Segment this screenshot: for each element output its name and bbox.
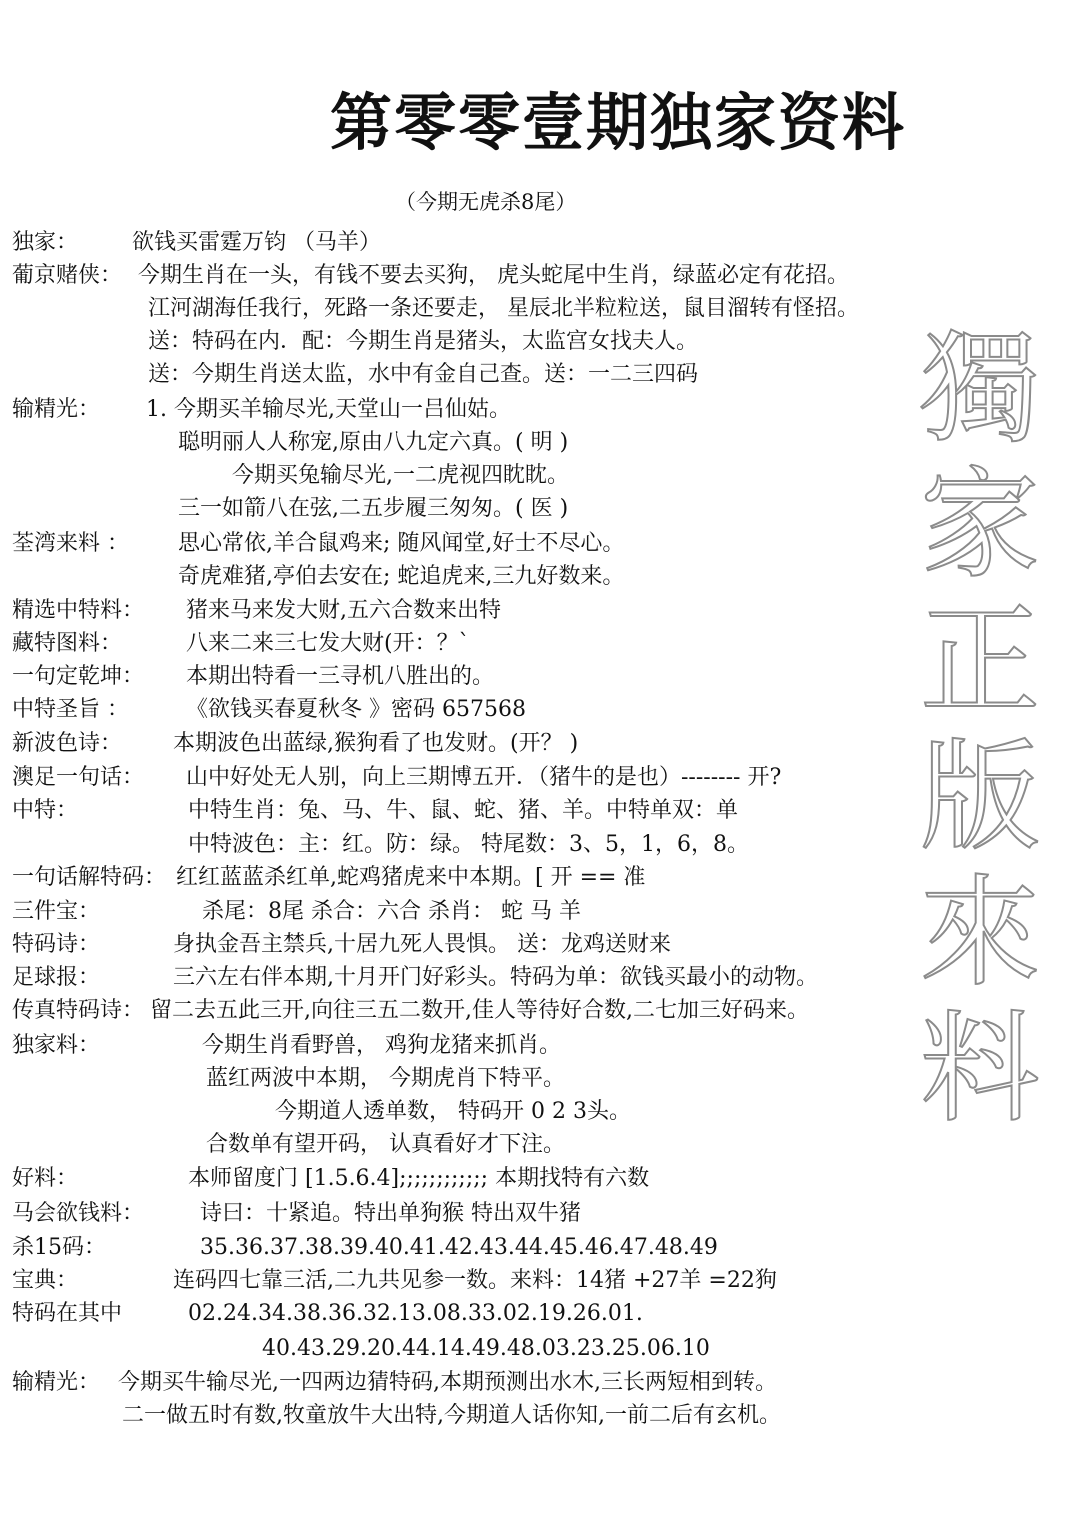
section-label: 输精光： (12, 1372, 100, 1394)
section-label: 精选中特料： (12, 600, 144, 622)
section-line: 三六左右伴本期,十月开门好彩头。特码为单：欲钱买最小的动物。 (173, 967, 818, 989)
section-label: 一句定乾坤： (12, 666, 144, 688)
section-line: 八来二来三七发大财(开：？` (186, 633, 470, 655)
section-label: 好料： (12, 1168, 78, 1190)
watermark-char: 正 (905, 602, 1055, 738)
section-line: 中特生肖：兔、马、牛、鼠、蛇、猪、羊。中特单双：单 (188, 800, 738, 822)
page-title: 第零零壹期独家资料 (330, 92, 906, 154)
section-label: 藏特图料： (12, 633, 122, 655)
section-line: 思心常依,羊合鼠鸡来; 随风闻堂,好士不尽心。 (178, 533, 624, 555)
section-line: 欲钱买雷霆万钧 （马羊） (132, 232, 381, 254)
watermark-char: 版 (905, 738, 1055, 874)
section-line: 猪来马来发大财,五六合数来出特 (186, 600, 501, 622)
watermark-char: 來 (905, 874, 1055, 1010)
section-label: 特码诗： (12, 934, 100, 956)
section-line: 杀尾：8尾 杀合：六合 杀肖： 蛇 马 羊 (202, 901, 581, 923)
section-line: 合数单有望开码， 认真看好才下注。 (206, 1134, 565, 1156)
section-line: 山中好处无人别，向上三期博五开．（猪牛的是也）-------- 开? (186, 767, 781, 789)
section-line: 《欲钱买春夏秋冬 》密码 657568 (186, 699, 526, 721)
watermark-char: 獨 (905, 330, 1055, 466)
vertical-watermark: 獨 家 正 版 來 料 (905, 330, 1055, 1146)
section-label: 中特： (12, 800, 78, 822)
section-label: 独家料： (12, 1035, 100, 1057)
section-line: 送：今期生肖送太监，水中有金自己查。送：一二三四码 (148, 364, 698, 386)
section-line: 奇虎难猪,亭伯去安在; 蛇追虎来,三九好数来。 (178, 566, 624, 588)
section-label: 特码在其中 (12, 1303, 122, 1325)
section-label: 传真特码诗： (12, 1000, 144, 1022)
section-label: 澳足一句话： (12, 767, 144, 789)
section-label: 三件宝： (12, 901, 100, 923)
section-label: 中特圣旨 ： (12, 699, 129, 721)
watermark-char: 家 (905, 466, 1055, 602)
section-line: 今期生肖在一头，有钱不要去买狗， 虎头蛇尾中生肖，绿蓝必定有花招。 (138, 265, 849, 287)
section-line: 今期买牛输尽光,一四两边猜特码,本期预测出水木,三长两短相到转。 (118, 1372, 777, 1394)
section-line: 本期波色出蓝绿,猴狗看了也发财。(开？ ) (173, 733, 578, 755)
section-line: 蓝红两波中本期， 今期虎肖下特平。 (206, 1068, 565, 1090)
section-line: 红红蓝蓝杀红单,蛇鸡猪虎来中本期。[ 开 == 准 (176, 867, 645, 889)
section-line: 本师留度门 [1.5.6.4];;;;;;;;;;;; 本期找特有六数 (188, 1168, 649, 1190)
section-line: 身执金吾主禁兵,十居九死人畏惧。 送：龙鸡送财来 (173, 934, 671, 956)
section-label: 一句话解特码： (12, 867, 166, 889)
section-line: 连码四七靠三活,二九共见参一数。来料：14猪 +27羊 =22狗 (173, 1270, 777, 1292)
watermark-char: 料 (905, 1010, 1055, 1146)
section-label: 葡京赌侠： (12, 265, 122, 287)
section-line: 留二去五此三开,向往三五二数开,佳人等待好合数,二七加三好码来。 (150, 1000, 809, 1022)
section-line: 今期道人透单数， 特码开 0 2 3头。 (275, 1101, 631, 1123)
section-line: 1. 今期买羊输尽光,天堂山一吕仙姑。 (146, 399, 511, 421)
section-line: 送：特码在内．配：今期生肖是猪头，太监宫女找夫人。 (148, 331, 698, 353)
page-subtitle: （今期无虎杀8尾） (395, 192, 576, 213)
section-label: 宝典： (12, 1270, 78, 1292)
section-label: 独家： (12, 232, 78, 254)
section-line: 今期生肖看野兽， 鸡狗龙猪来抓肖。 (202, 1035, 561, 1057)
section-label: 足球报： (12, 967, 100, 989)
section-line: 二一做五时有数,牧童放牛大出特,今期道人话你知,一前二后有玄机。 (122, 1405, 781, 1427)
section-line: 中特波色：主：红。防：绿。 特尾数：3、5，1，6，8。 (188, 834, 749, 856)
section-label: 新波色诗： (12, 733, 122, 755)
section-label: 马会欲钱料： (12, 1203, 144, 1225)
section-line: 本期出特看一三寻机八胜出的。 (186, 666, 494, 688)
section-line: 聪明丽人人称宠,原由八九定六真。( 明 ) (178, 432, 568, 454)
section-line: 诗曰：十紧追。特出单狗猴 特出双牛猪 (200, 1203, 581, 1225)
section-label: 荃湾来料 ： (12, 533, 129, 555)
section-line: 35.36.37.38.39.40.41.42.43.44.45.46.47.4… (200, 1237, 718, 1259)
section-line: 02.24.34.38.36.32.13.08.33.02.19.26.01. (188, 1303, 643, 1325)
section-line: 江河湖海任我行，死路一条还要走， 星辰北半粒粒送，鼠目溜转有怪招。 (148, 298, 859, 320)
section-label: 输精光： (12, 399, 100, 421)
section-line: 40.43.29.20.44.14.49.48.03.23.25.06.10 (262, 1338, 710, 1360)
section-line: 三一如箭八在弦,二五步履三匆匆。( 医 ) (178, 498, 568, 520)
section-label: 杀15码： (12, 1237, 106, 1259)
section-line: 今期买兔输尽光,一二虎视四眈眈。 (232, 465, 569, 487)
